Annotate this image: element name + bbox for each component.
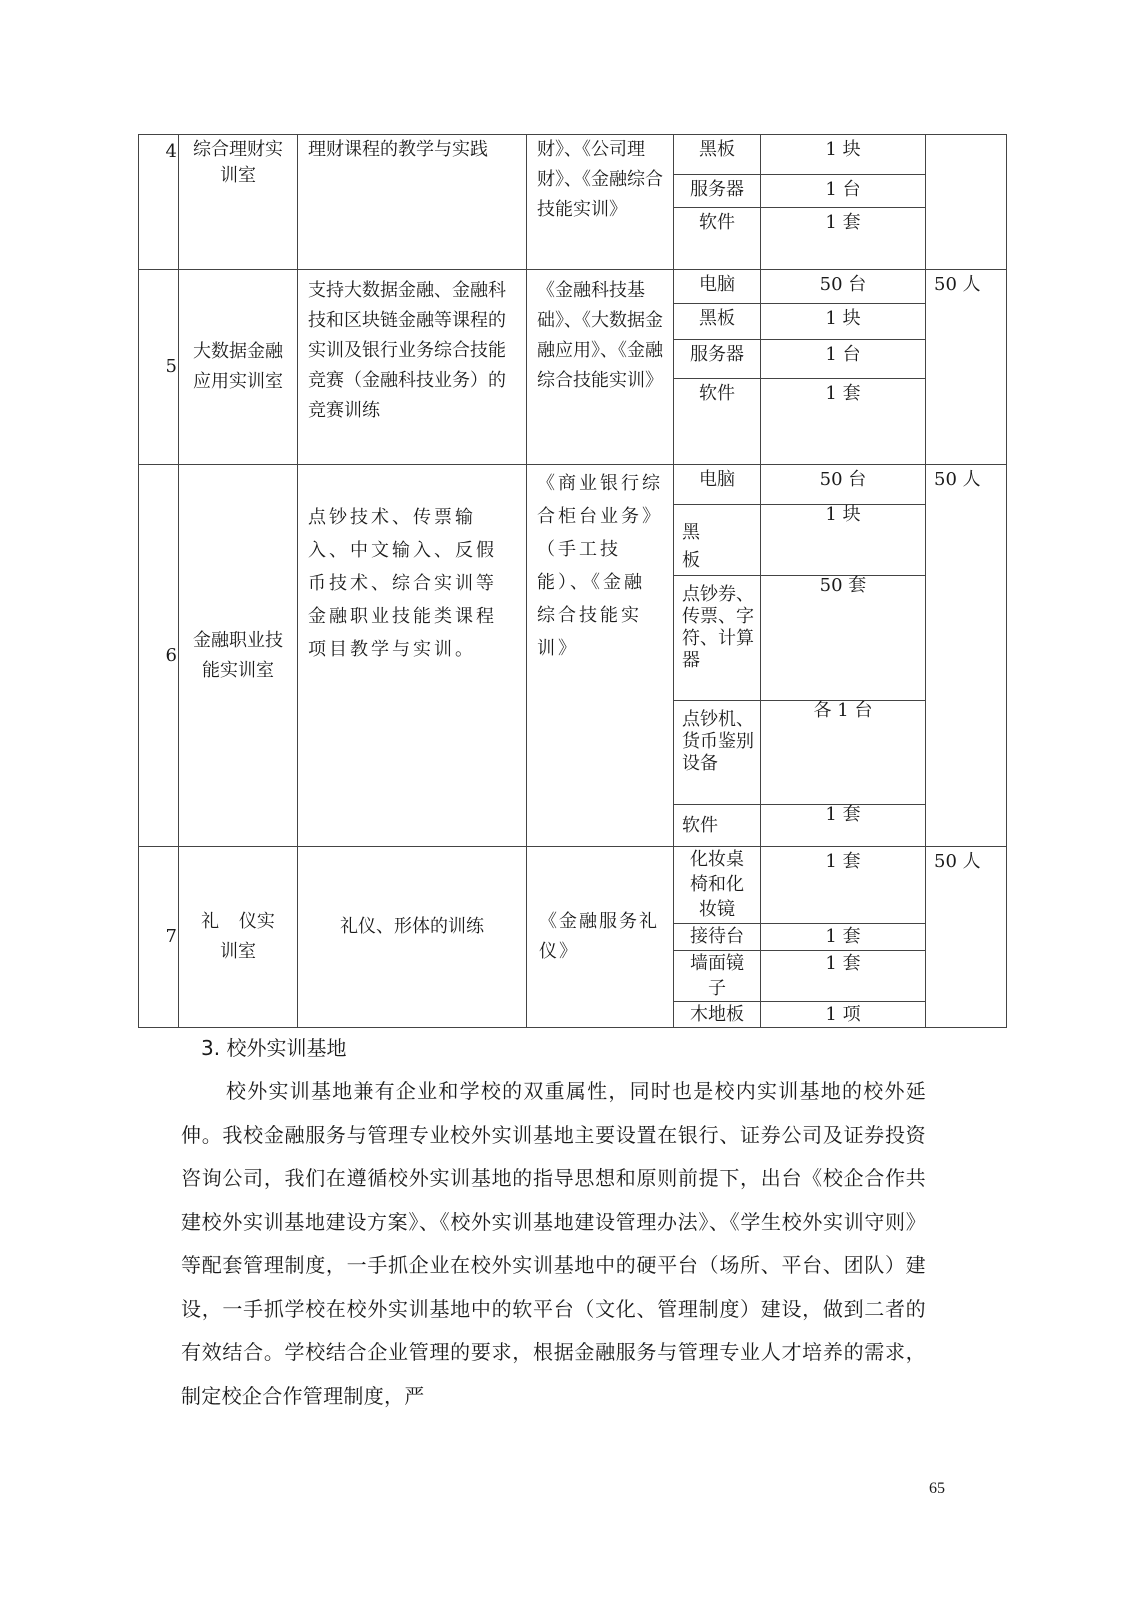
equipment-qty: 1 套 [761,847,926,924]
equipment-item: 黑板 [674,135,761,175]
page-number: 65 [929,1480,945,1498]
equipment-qty: 50 台 [761,465,926,505]
room-name-text: 大数据金融应用实训室 [193,341,283,392]
room-function: 礼仪、形体的训练 [298,847,527,1028]
equipment-item: 化妆桌椅和化妆镜 [674,847,761,924]
equipment-item: 软件 [674,379,761,465]
equipment-qty: 1 套 [761,924,926,951]
room-name: 礼 仪实训室 [179,847,298,1028]
equipment-item: 木地板 [674,1002,761,1028]
table-row: 7 礼 仪实训室 礼仪、形体的训练 《金融服务礼仪》 化妆桌椅和化妆镜 1 套 … [139,847,1007,924]
row-number: 7 [139,847,179,1028]
room-function: 理财课程的教学与实践 [298,135,527,270]
equipment-qty: 1 台 [761,340,926,379]
section-paragraph: 校外实训基地兼有企业和学校的双重属性，同时也是校内实训基地的校外延伸。我校金融服… [181,1070,926,1418]
room-name-text: 金融职业技能实训室 [193,630,283,681]
equipment-qty: 1 块 [761,505,926,576]
equipment-item: 点钞机、货币鉴别设备 [674,701,761,805]
room-function: 点钞技术、传票输入、中文输入、反假币技术、综合实训等金融职业技能类课程项目教学与… [298,465,527,847]
equipment-item: 服务器 [674,175,761,208]
row-number: 6 [139,465,179,847]
equipment-item: 点钞券、传票、字符、计算器 [674,576,761,701]
equipment-qty: 50 台 [761,270,926,304]
capacity [926,135,1007,270]
table-row: 5 大数据金融应用实训室 支持大数据金融、金融科技和区块链金融等课程的实训及银行… [139,270,1007,304]
equipment-qty: 1 块 [761,135,926,175]
equipment-qty: 1 套 [761,951,926,1002]
row-number: 5 [139,270,179,465]
room-courses: 《金融服务礼仪》 [527,847,674,1028]
room-function: 支持大数据金融、金融科技和区块链金融等课程的实训及银行业务综合技能竞赛（金融科技… [298,270,527,465]
training-room-table: 4 综合理财实训室 理财课程的教学与实践 财》、《公司理财》、《金融综合技能实训… [138,134,1007,1028]
room-courses: 《商业银行综合柜台业务》（手工技能）、《金融综合技能实训》 [527,465,674,847]
equipment-qty: 1 套 [761,379,926,465]
room-name-text: 礼 仪实训室 [201,911,275,962]
capacity: 50 人 [926,270,1007,465]
document-page: 4 综合理财实训室 理财课程的教学与实践 财》、《公司理财》、《金融综合技能实训… [0,0,1131,1600]
equipment-item: 接待台 [674,924,761,951]
equipment-item: 软件 [674,805,761,847]
equipment-item: 黑板 [674,304,761,340]
equipment-item: 软件 [674,208,761,270]
capacity: 50 人 [926,847,1007,1028]
equipment-qty: 1 台 [761,175,926,208]
room-courses: 《金融科技基础》、《大数据金融应用》、《金融综合技能实训》 [527,270,674,465]
room-name: 大数据金融应用实训室 [179,270,298,465]
section-heading: 3. 校外实训基地 [201,1032,346,1061]
equipment-qty: 50 套 [761,576,926,701]
equipment-qty: 1 块 [761,304,926,340]
equipment-qty: 1 套 [761,805,926,847]
room-name: 综合理财实训室 [179,135,298,270]
table-row: 6 金融职业技能实训室 点钞技术、传票输入、中文输入、反假币技术、综合实训等金融… [139,465,1007,505]
capacity: 50 人 [926,465,1007,847]
equipment-item: 电脑 [674,465,761,505]
equipment-item: 墙面镜子 [674,951,761,1002]
equipment-qty: 各 1 台 [761,701,926,805]
equipment-qty: 1 项 [761,1002,926,1028]
row-number: 4 [139,135,179,270]
equipment-item: 电脑 [674,270,761,304]
room-name: 金融职业技能实训室 [179,465,298,847]
room-courses: 财》、《公司理财》、《金融综合技能实训》 [527,135,674,270]
table-row: 4 综合理财实训室 理财课程的教学与实践 财》、《公司理财》、《金融综合技能实训… [139,135,1007,175]
room-name-text: 综合理财实训室 [193,139,283,186]
equipment-item: 服务器 [674,340,761,379]
equipment-item: 黑板 [674,505,761,576]
equipment-qty: 1 套 [761,208,926,270]
